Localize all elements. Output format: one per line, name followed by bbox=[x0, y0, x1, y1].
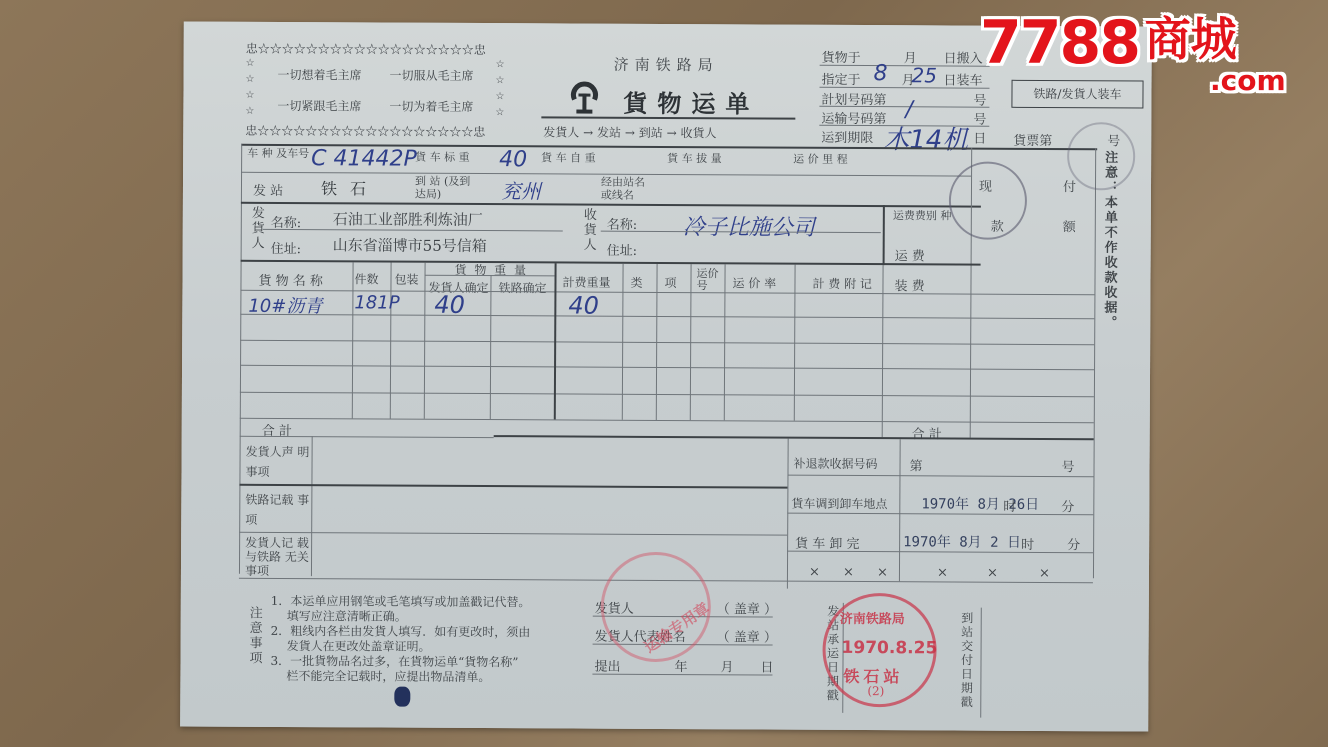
rule bbox=[592, 674, 772, 676]
notes-list: 1．本运单应用钢笔或毛笔填写或加盖戳记代替。 填写应注意清晰正确。 2．粗线内各… bbox=[270, 594, 530, 685]
waybill-document: 忠☆☆☆☆☆☆☆☆☆☆☆☆☆☆☆☆☆☆忠 忠☆☆☆☆☆☆☆☆☆☆☆☆☆☆☆☆☆☆… bbox=[180, 21, 1152, 731]
motto-star-border-top: 忠☆☆☆☆☆☆☆☆☆☆☆☆☆☆☆☆☆☆忠 bbox=[246, 40, 508, 58]
document-title: 貨物运单 bbox=[623, 84, 759, 120]
note-item: 栏不能完全记载时，应提出物品清单。 bbox=[270, 669, 530, 685]
rule bbox=[899, 439, 901, 581]
cross-mark: × bbox=[877, 565, 888, 580]
year-label: 年 bbox=[674, 656, 687, 675]
goods-in-label: 貨物于 bbox=[822, 47, 861, 66]
stamp-text: 运输专用章 bbox=[640, 597, 714, 657]
car-type-label: 车 种 及车号 bbox=[247, 148, 309, 160]
deadline-label: 运到期限 bbox=[821, 127, 873, 146]
refund-suffix: 号 bbox=[1061, 456, 1074, 475]
minute-label: 分 bbox=[1067, 534, 1080, 553]
rule bbox=[240, 418, 1094, 423]
extra-load-label: 貨 车 拔 量 bbox=[667, 150, 722, 166]
sum-label: 额 bbox=[1063, 216, 1076, 235]
refund-prefix: 第 bbox=[909, 455, 922, 474]
rule bbox=[240, 340, 1094, 345]
rule bbox=[240, 392, 1094, 397]
rule bbox=[240, 365, 1094, 370]
shipper-name-value[interactable]: 石油工业部胜利炼油厂 bbox=[333, 208, 483, 230]
to-station-label: 到 站 (及到达局) bbox=[415, 175, 475, 201]
day-label: 日装车 bbox=[944, 69, 983, 88]
month-label: 月 bbox=[720, 656, 733, 675]
to-station-value[interactable]: 兖州 bbox=[501, 175, 541, 204]
stamp-date: 1970.8.25 bbox=[842, 638, 938, 659]
watermark-number: 7788 bbox=[980, 8, 1139, 78]
cross-mark: × bbox=[843, 565, 854, 580]
shipper-weight-cell[interactable]: 40 bbox=[434, 291, 465, 319]
marked-load-value[interactable]: 40 bbox=[499, 147, 527, 172]
payment-stamp bbox=[949, 161, 1027, 239]
col-class: 类 bbox=[630, 274, 642, 291]
watermark-brand: 商城 bbox=[1145, 12, 1237, 66]
rule bbox=[787, 513, 1093, 516]
motto-corner: 忠 bbox=[474, 43, 486, 57]
consignee-name-value[interactable]: 冷子比施公司 bbox=[683, 210, 815, 242]
col-rate-no: 运价号 bbox=[696, 268, 718, 292]
note-item: 2．粗线内各栏由发貨人填写．如有更改时，须由 bbox=[271, 624, 531, 640]
note-item: 1．本运单应用钢笔或毛笔填写或加盖戳记代替。 bbox=[271, 594, 531, 610]
from-station-value[interactable]: 铁 石 bbox=[321, 176, 370, 199]
pay-label: 付 bbox=[1063, 176, 1076, 195]
designated-label: 指定于 bbox=[822, 69, 861, 88]
arrival-datetime[interactable]: 1970年 8月 26日 bbox=[921, 493, 1039, 514]
stamp-text: (2) bbox=[867, 684, 884, 698]
note-item: 3．一批貨物品名过多，在貨物运单“貨物名称” bbox=[270, 654, 530, 670]
from-station-label: 发 站 bbox=[253, 180, 283, 199]
arrow-icon: → bbox=[625, 126, 635, 140]
watermark-domain: .com bbox=[1210, 64, 1286, 97]
note-item: 填写应注意清晰正确。 bbox=[271, 609, 531, 625]
distance-label: 运 价 里 程 bbox=[793, 151, 848, 167]
day-label: 日 bbox=[760, 656, 773, 675]
flow-step: 发站 bbox=[597, 126, 621, 140]
rail-record-label: 铁路记载 事 项 bbox=[245, 490, 309, 530]
hour-label: 时 bbox=[1003, 496, 1016, 515]
day-label: 日搬入 bbox=[944, 47, 983, 66]
rule bbox=[490, 275, 492, 419]
designated-day-value[interactable]: 25 bbox=[912, 63, 938, 87]
motto-stars-right: ☆☆☆☆ bbox=[495, 57, 504, 121]
unload-datetime[interactable]: 1970年 8月 2 日 bbox=[903, 531, 1021, 552]
rule bbox=[820, 65, 990, 67]
flow-step: 收貨人 bbox=[680, 126, 716, 140]
cross-mark: × bbox=[1039, 566, 1050, 581]
rule bbox=[241, 202, 981, 208]
note-item: 发貨人在更改处盖章证明。 bbox=[271, 639, 531, 655]
rule bbox=[787, 551, 1093, 554]
rule bbox=[494, 435, 1094, 440]
ticket-label: 貨票第 bbox=[1013, 130, 1052, 149]
cross-mark: × bbox=[937, 565, 948, 580]
rule bbox=[240, 314, 1094, 319]
flow-step: 发貨人 bbox=[543, 125, 579, 139]
frame-right bbox=[1093, 148, 1096, 578]
via-station-label: 经由站名 或线名 bbox=[601, 176, 657, 202]
ink-blot bbox=[394, 687, 410, 707]
fee-total-label: 合 計 bbox=[912, 423, 942, 442]
count-cell[interactable]: 181P bbox=[354, 292, 399, 313]
bureau-name: 济南铁路局 bbox=[614, 54, 719, 76]
ticket-stamp bbox=[1067, 122, 1135, 190]
motto-line: 一切为着毛主席 bbox=[389, 98, 473, 115]
motto-stars-left: ☆☆☆☆ bbox=[245, 56, 254, 120]
unload-label: 貨 车 卸 完 bbox=[795, 533, 860, 552]
site-watermark: 7788 商城 .com bbox=[980, 8, 1237, 78]
consignee-group-label: 收貨人 bbox=[579, 208, 598, 253]
col-item: 项 bbox=[664, 274, 676, 291]
railway-logo-icon bbox=[569, 81, 599, 115]
marked-load-label: 貨 车 标 重 bbox=[415, 149, 470, 165]
deadline-value[interactable]: 木14机 bbox=[883, 119, 968, 156]
rule bbox=[311, 436, 313, 576]
designated-month-value[interactable]: 8 bbox=[874, 61, 888, 86]
col-goods-name: 貨 物 名 称 bbox=[258, 270, 323, 289]
col-rail-weight: 铁路确定 bbox=[498, 279, 546, 296]
goods-name-cell[interactable]: 10#沥青 bbox=[248, 292, 322, 318]
rule bbox=[554, 263, 557, 419]
refund-receipt-label: 补退款收据号码 bbox=[794, 455, 878, 472]
col-charge-note: 計 费 附 记 bbox=[812, 275, 872, 292]
stamp-text: 济南铁路局 bbox=[840, 608, 905, 627]
rule bbox=[980, 608, 982, 718]
flow-step: 到站 bbox=[639, 126, 663, 140]
charge-weight-cell[interactable]: 40 bbox=[568, 291, 599, 319]
frame-left bbox=[239, 144, 242, 574]
motto-corner: 忠 bbox=[473, 125, 485, 139]
station-date-stamp: 济南铁路局 1970.8.25 铁石站 (2) bbox=[822, 593, 937, 708]
notes-label: 注意事项 bbox=[244, 606, 263, 666]
col-count: 件数 bbox=[354, 270, 378, 287]
fee-type-label: 运费费别 种 bbox=[893, 209, 953, 222]
loading-fee-label: 装 费 bbox=[894, 275, 924, 294]
col-charge-weight: 計费重量 bbox=[562, 273, 610, 290]
arrow-icon: → bbox=[667, 126, 677, 140]
arrival-label: 貨车调到卸车地点 bbox=[791, 495, 887, 513]
motto-box: 忠☆☆☆☆☆☆☆☆☆☆☆☆☆☆☆☆☆☆忠 忠☆☆☆☆☆☆☆☆☆☆☆☆☆☆☆☆☆☆… bbox=[245, 40, 507, 137]
motto-line: 一切服从毛主席 bbox=[390, 67, 474, 84]
seal-label: （ 盖章 ） bbox=[717, 598, 777, 617]
rule bbox=[239, 532, 787, 536]
rule bbox=[787, 475, 1093, 478]
hour-label: 时 bbox=[1021, 534, 1034, 553]
col-rate: 运 价 率 bbox=[732, 274, 776, 291]
freight-label: 运 费 bbox=[895, 245, 925, 264]
arrow-icon: → bbox=[583, 126, 593, 140]
minute-label: 分 bbox=[1061, 496, 1074, 515]
shipper-declare-label: 发貨人声 明事项 bbox=[245, 442, 309, 482]
rule bbox=[882, 265, 884, 437]
car-number-value[interactable]: C 41442P bbox=[311, 146, 417, 172]
arrive-date-label: 到站交付日期戳 bbox=[958, 612, 976, 710]
motto-corner: 忠 bbox=[246, 42, 258, 56]
motto-corner: 忠 bbox=[245, 124, 257, 138]
rule bbox=[239, 484, 787, 489]
consignee-addr-label: 住址: bbox=[607, 240, 637, 259]
motto-line: 一切紧跟毛主席 bbox=[277, 97, 361, 114]
tare-label: 貨 车 自 重 bbox=[541, 149, 596, 165]
rule bbox=[263, 229, 563, 232]
motto-line: 一切想着毛主席 bbox=[278, 66, 362, 83]
seal-label: （ 盖章 ） bbox=[717, 626, 777, 645]
loading-party-box[interactable]: 铁路/发貨人装车 bbox=[1011, 80, 1143, 109]
cross-mark: × bbox=[809, 565, 820, 580]
col-package: 包装 bbox=[394, 271, 418, 288]
cross-mark: × bbox=[987, 566, 998, 581]
rule bbox=[883, 205, 885, 265]
motto-star-border-bottom: 忠☆☆☆☆☆☆☆☆☆☆☆☆☆☆☆☆☆☆忠 bbox=[245, 122, 507, 140]
shipper-addr-label: 住址: bbox=[271, 238, 301, 257]
submit-label: 提出 bbox=[594, 656, 620, 675]
shipper-addr-value[interactable]: 山东省淄博市55号信箱 bbox=[333, 234, 487, 256]
shipper-record-label: 发貨人记 载与铁路 无关事项 bbox=[245, 536, 309, 578]
title-underline bbox=[541, 116, 795, 119]
process-flow: 发貨人 → 发站 → 到站 → 收貨人 bbox=[543, 123, 716, 141]
day-suffix: 日 bbox=[973, 128, 986, 147]
